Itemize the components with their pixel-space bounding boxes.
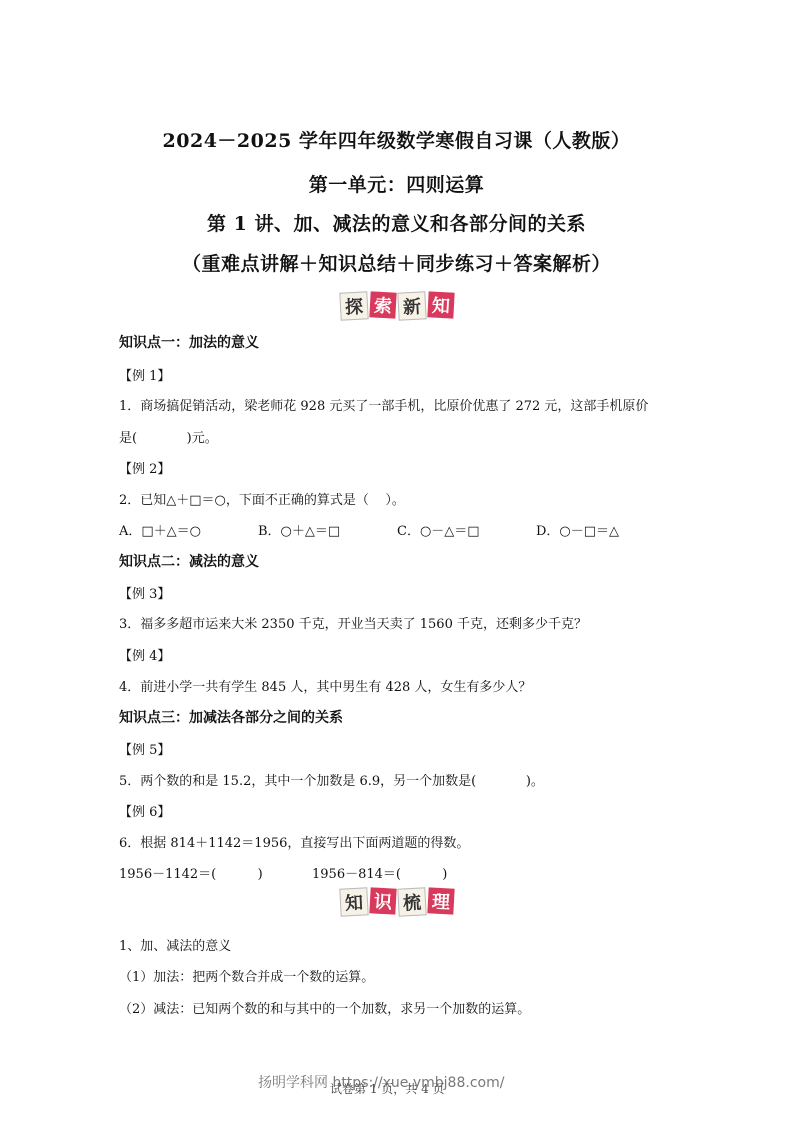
page-number: 试卷第 1 页，共 4 页 — [330, 1080, 445, 1097]
badge-tile: 梳 — [397, 887, 426, 916]
example-label: 【例 5】 — [119, 739, 170, 758]
section-heading: 知识点一：加法的意义 — [119, 332, 259, 352]
explore-badge: 探 索 新 知 — [0, 292, 793, 320]
example-label: 【例 1】 — [119, 365, 170, 384]
badge-tile: 知 — [339, 887, 368, 916]
section-heading: 知识点二：减法的意义 — [119, 551, 259, 571]
summary-heading: 1、加、减法的意义 — [119, 935, 231, 954]
option-a: A．□＋△＝○ — [119, 520, 201, 539]
badge-tile: 探 — [339, 291, 368, 320]
badge-tile: 新 — [397, 291, 426, 320]
option-d: D．○－□＝△ — [536, 520, 619, 539]
question-text: 是( )元。 — [119, 427, 218, 446]
badge-tile: 知 — [427, 291, 454, 318]
lesson-title: 第 1 讲、加、减法的意义和各部分间的关系 — [0, 209, 793, 236]
badge-tile: 索 — [369, 291, 396, 318]
lesson-subtitle: （重难点讲解＋知识总结＋同步练习＋答案解析） — [0, 249, 793, 276]
option-b: B．○＋△＝□ — [258, 520, 340, 539]
equation-blank: 1956－1142＝( ) — [119, 863, 263, 882]
example-label: 【例 2】 — [119, 458, 170, 477]
unit-title: 第一单元：四则运算 — [0, 170, 793, 197]
equation-blank: 1956－814＝( ) — [312, 863, 447, 882]
option-c: C．○－△＝□ — [397, 520, 480, 539]
badge-tile: 理 — [427, 887, 454, 914]
badge-tile: 识 — [369, 887, 396, 914]
document-page: 2024－2025 学年四年级数学寒假自习课（人教版） 第一单元：四则运算 第 … — [0, 0, 793, 1122]
question-text: 6．根据 814＋1142＝1956，直接写出下面两道题的得数。 — [119, 832, 469, 851]
summary-item: （2）减法：已知两个数的和与其中的一个加数，求另一个加数的运算。 — [119, 998, 530, 1017]
section-heading: 知识点三：加减法各部分之间的关系 — [119, 707, 343, 727]
example-label: 【例 3】 — [119, 583, 170, 602]
example-label: 【例 4】 — [119, 645, 170, 664]
summary-item: （1）加法：把两个数合并成一个数的运算。 — [119, 966, 374, 985]
question-text: 5．两个数的和是 15.2，其中一个加数是 6.9，另一个加数是( )。 — [119, 770, 544, 789]
question-text: 2．已知△＋□＝○，下面不正确的算式是（ ）。 — [119, 489, 405, 508]
question-text: 1．商场搞促销活动，梁老师花 928 元买了一部手机，比原价优惠了 272 元，… — [119, 395, 648, 414]
example-label: 【例 6】 — [119, 801, 170, 820]
question-text: 3．福多多超市运来大米 2350 千克，开业当天卖了 1560 千克，还剩多少千… — [119, 613, 587, 632]
document-title: 2024－2025 学年四年级数学寒假自习课（人教版） — [0, 126, 793, 153]
summary-badge: 知 识 梳 理 — [0, 888, 793, 916]
question-text: 4．前进小学一共有学生 845 人，其中男生有 428 人，女生有多少人？ — [119, 676, 531, 695]
